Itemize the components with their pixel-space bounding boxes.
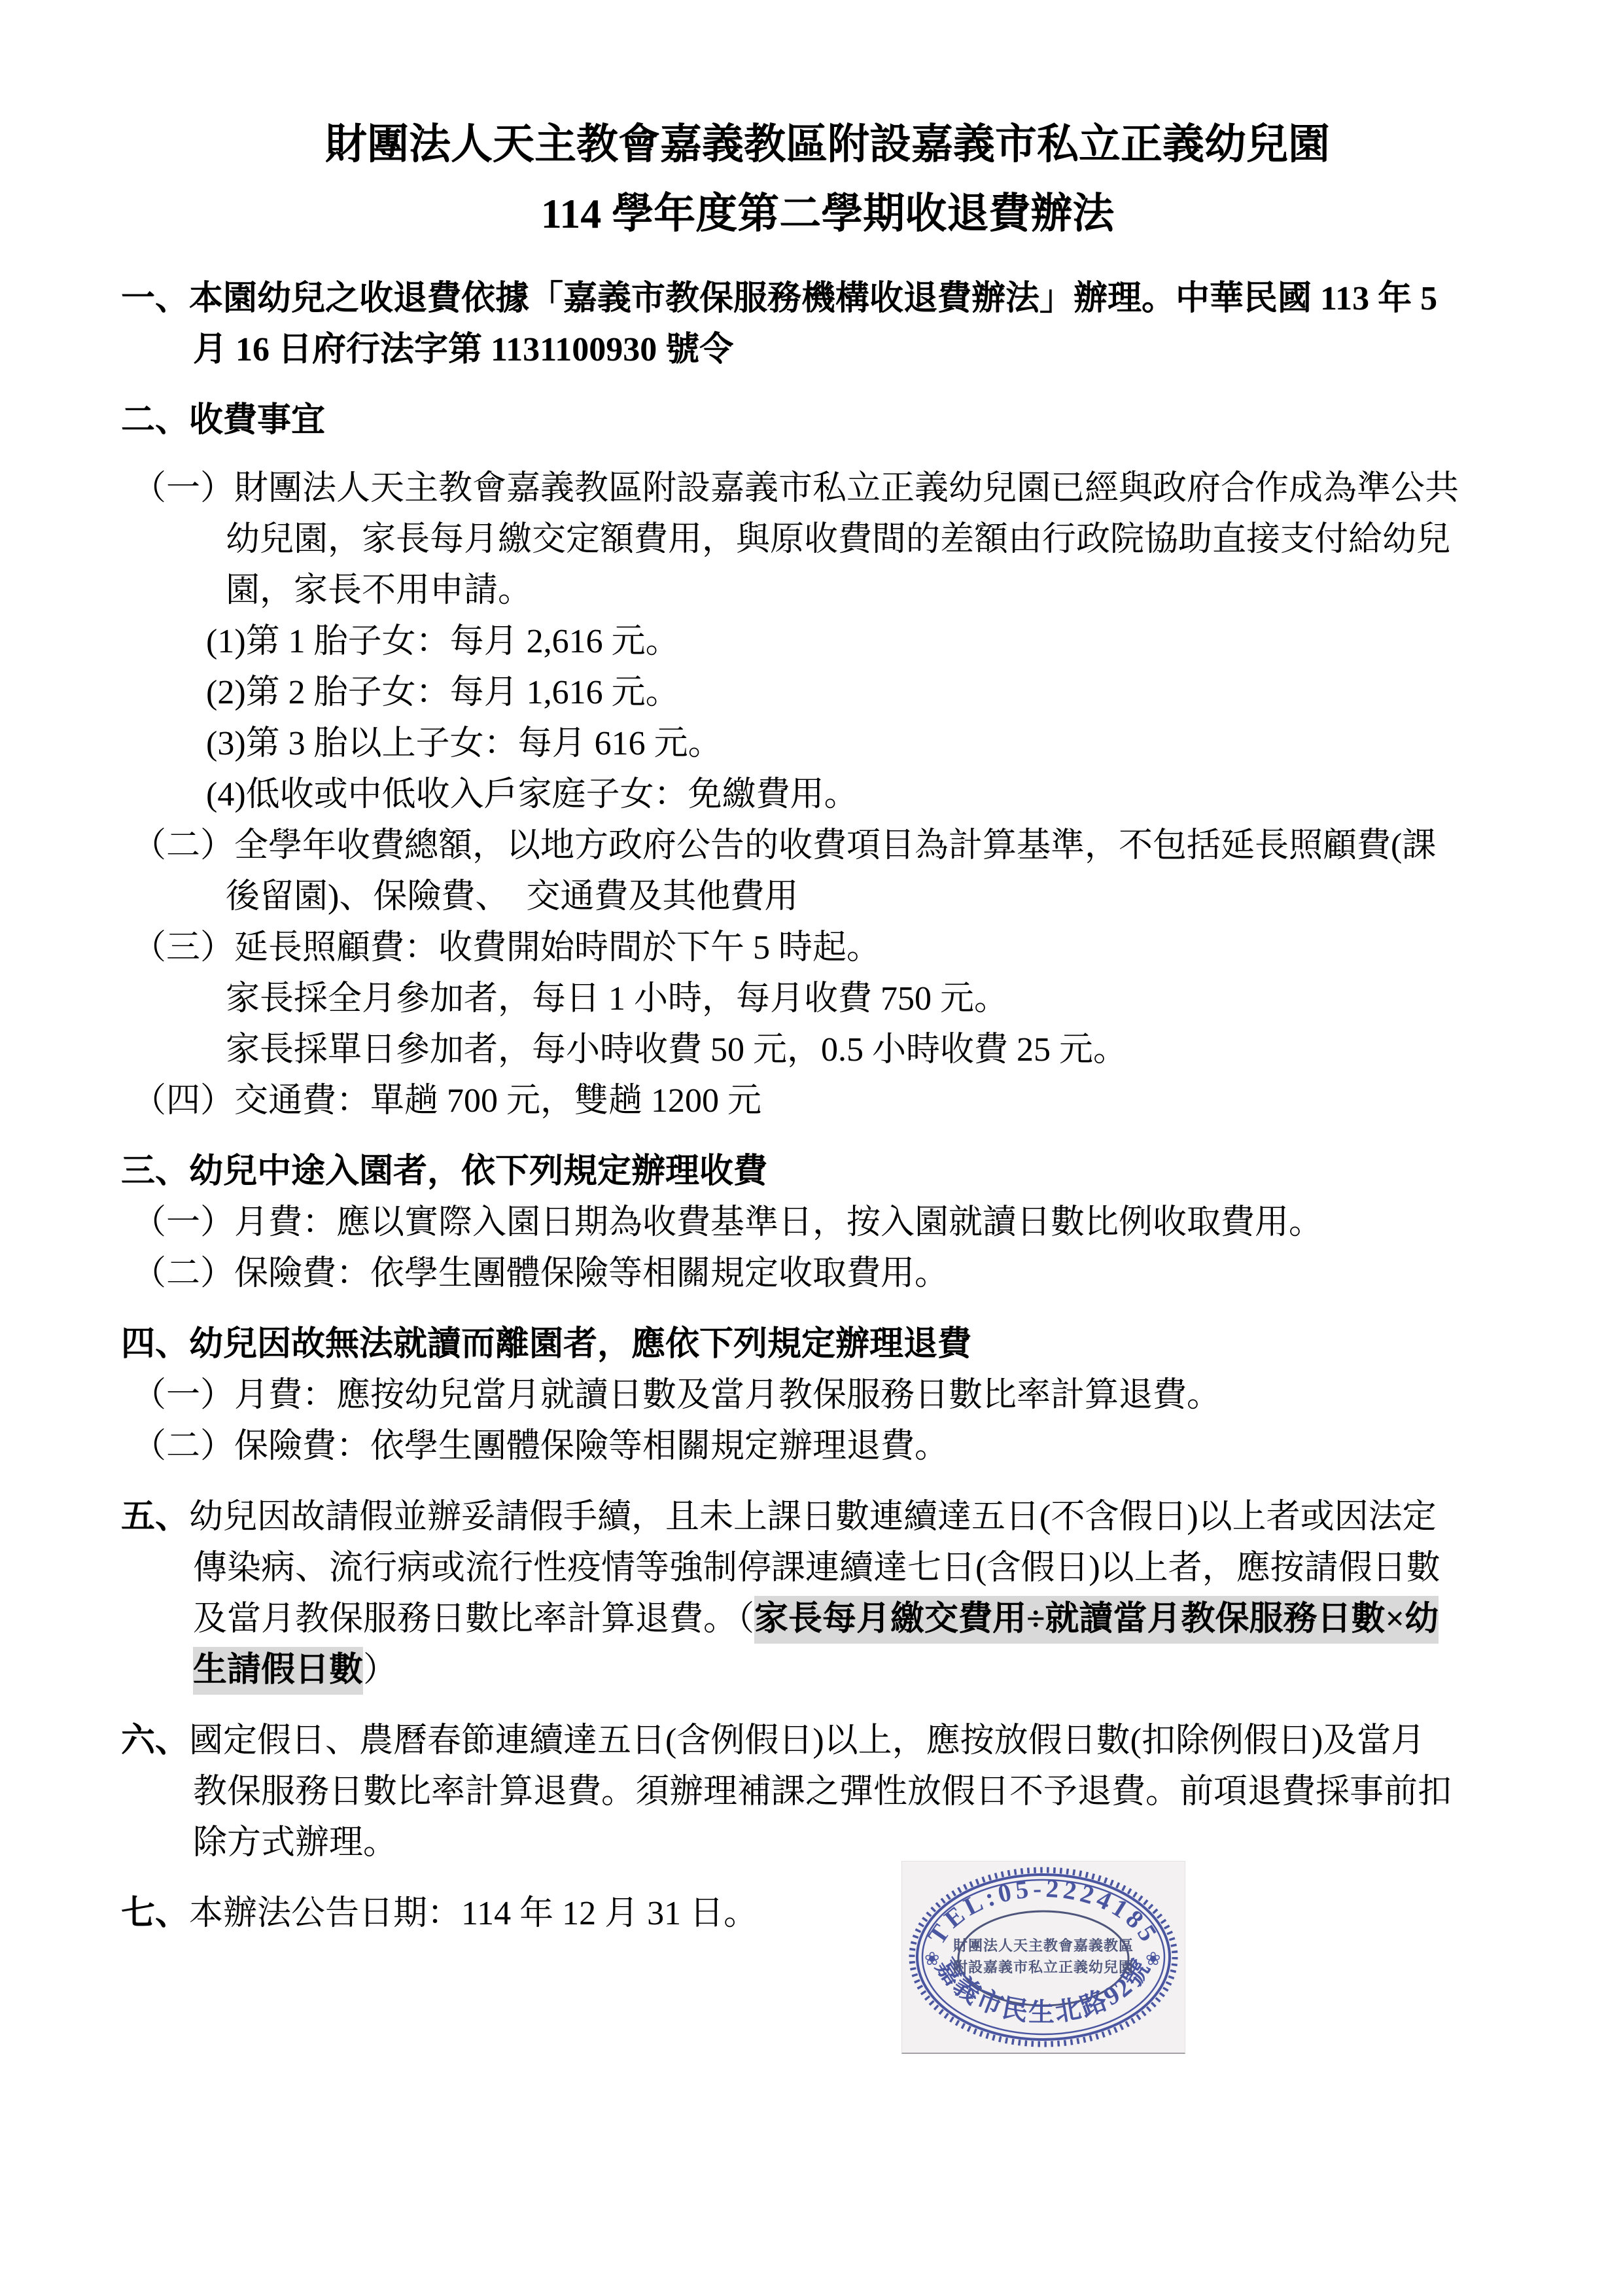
section-4-item-2-marker: （二） — [132, 1428, 234, 1465]
section-6-marker: 六、 — [121, 1722, 189, 1759]
section-2-marker: 二、 — [121, 402, 189, 439]
section-1: 一、本園幼兒之收退費依據「嘉義市教保服務機構收退費辦法」辦理。中華民國 113 … — [121, 274, 1534, 376]
section-2-item-4: （四）交通費：單趟 700 元，雙趟 1200 元 — [121, 1076, 1534, 1127]
title-line-1: 財團法人天主教會嘉義教區附設嘉義市私立正義幼兒園 — [121, 110, 1534, 179]
section-7: 七、本辦法公告日期：114 年 12 月 31 日。 TEL:05-222418… — [121, 1888, 1534, 1939]
stamp-org-name-line-1: 財團法人天主教會嘉義教區 — [953, 1937, 1134, 1954]
section-5-text-4: ） — [363, 1651, 397, 1689]
section-3-marker: 三、 — [121, 1153, 189, 1190]
section-1-text-1: 本園幼兒之收退費依據「嘉義市教保服務機構收退費辦法」辦理。中華民國 113 年 … — [189, 280, 1437, 317]
section-7-marker: 七、 — [121, 1895, 189, 1932]
section-2-item-3-line-1: （三）延長照顧費：收費開始時間於下午 5 時起。 — [121, 923, 1534, 974]
section-2-item-2-text-1: 全學年收費總額，以地方政府公告的收費項目為計算基準，不包括延長照顧費(課 — [234, 827, 1436, 864]
section-2-item-1: （一）財團法人天主教會嘉義教區附設嘉義市私立正義幼兒園已經與政府合作成為準公共 … — [121, 463, 1534, 821]
section-2-item-1-line-3: 園，家長不用申請。 — [121, 565, 1534, 616]
stamp-org-name-line-2: 附設嘉義市私立正義幼兒園 — [953, 1959, 1134, 1975]
section-3-item-2-text: 保險費：依學生團體保險等相關規定收取費用。 — [234, 1255, 949, 1292]
section-4-item-1-text: 月費：應按幼兒當月就讀日數及當月教保服務日數比率計算退費。 — [234, 1377, 1221, 1414]
section-3-heading-text: 幼兒中途入園者，依下列規定辦理收費 — [189, 1153, 767, 1190]
section-3-item-1-marker: （一） — [132, 1204, 234, 1241]
title-line-2: 114 學年度第二學期收退費辦法 — [121, 179, 1534, 249]
section-5-line-4: 生請假日數） — [121, 1645, 1534, 1696]
section-7-line-1: 七、本辦法公告日期：114 年 12 月 31 日。 — [121, 1888, 1534, 1939]
section-5-line-1: 五、幼兒因故請假並辦妥請假手續，且未上課日數連續達五日(不含假日)以上者或因法定 — [121, 1492, 1534, 1543]
section-3-item-1: （一）月費：應以實際入園日期為收費基準日，按入園就讀日數比例收取費用。 — [121, 1197, 1534, 1248]
section-5-text-1: 幼兒因故請假並辦妥請假手續，且未上課日數連續達五日(不含假日)以上者或因法定 — [189, 1498, 1437, 1536]
section-2-item-1-text-1: 財團法人天主教會嘉義教區附設嘉義市私立正義幼兒園已經與政府合作成為準公共 — [234, 470, 1459, 507]
section-2-item-1-sub-1: (1)第 1 胎子女：每月 2,616 元。 — [121, 616, 1534, 667]
section-2-item-1-sub-3: (3)第 3 胎以上子女：每月 616 元。 — [121, 718, 1534, 769]
section-6-line-1: 六、國定假日、農曆春節連續達五日(含例假日)以上，應按放假日數(扣除例假日)及當… — [121, 1716, 1534, 1767]
section-5-text-3: 及當月教保服務日數比率計算退費。（ — [193, 1600, 754, 1638]
section-1-line-1: 一、本園幼兒之收退費依據「嘉義市教保服務機構收退費辦法」辦理。中華民國 113 … — [121, 274, 1534, 325]
section-6-line-3: 除方式辦理。 — [121, 1818, 1534, 1869]
section-4: 四、幼兒因故無法就讀而離園者，應依下列規定辦理退費 （一）月費：應按幼兒當月就讀… — [121, 1319, 1534, 1472]
section-2-heading: 二、收費事宜 — [121, 395, 1534, 446]
section-4-heading: 四、幼兒因故無法就讀而離園者，應依下列規定辦理退費 — [121, 1319, 1534, 1370]
flower-rosette-icon: ❀ — [1145, 1949, 1161, 1969]
section-7-text-1: 本辦法公告日期：114 年 12 月 31 日。 — [189, 1895, 758, 1932]
section-2-item-2-marker: （二） — [132, 827, 234, 864]
section-5-line-2: 傳染病、流行病或流行性疫情等強制停課連續達七日(含假日)以上者，應按請假日數 — [121, 1543, 1534, 1594]
section-6-line-2: 教保服務日數比率計算退費。須辦理補課之彈性放假日不予退費。前項退費採事前扣 — [121, 1767, 1534, 1818]
section-2-item-1-sub-4: (4)低收或中低收入戶家庭子女：免繳費用。 — [121, 769, 1534, 821]
section-3-heading: 三、幼兒中途入園者，依下列規定辦理收費 — [121, 1146, 1534, 1197]
section-2-item-1-sub-2: (2)第 2 胎子女：每月 1,616 元。 — [121, 667, 1534, 718]
section-2-item-4-marker: （四） — [132, 1082, 234, 1120]
section-5-marker: 五、 — [121, 1498, 189, 1536]
refund-formula-highlight-2: 生請假日數 — [193, 1647, 363, 1695]
section-6: 六、國定假日、農曆春節連續達五日(含例假日)以上，應按放假日數(扣除例假日)及當… — [121, 1716, 1534, 1869]
organization-seal-stamp: TEL:05-2224185 嘉義市民生北路92號 財團法人天主教會嘉義教區 附… — [901, 1861, 1185, 2054]
section-4-item-2: （二）保險費：依學生團體保險等相關規定辦理退費。 — [121, 1421, 1534, 1472]
section-2-item-4-line-1: （四）交通費：單趟 700 元，雙趟 1200 元 — [121, 1076, 1534, 1127]
section-4-item-1-marker: （一） — [132, 1377, 234, 1414]
section-2-item-3-marker: （三） — [132, 929, 234, 966]
section-2-item-1-line-1: （一）財團法人天主教會嘉義教區附設嘉義市私立正義幼兒園已經與政府合作成為準公共 — [121, 463, 1534, 514]
section-2: 二、收費事宜 （一）財團法人天主教會嘉義教區附設嘉義市私立正義幼兒園已經與政府合… — [121, 395, 1534, 1127]
section-2-item-2-line-1: （二）全學年收費總額，以地方政府公告的收費項目為計算基準，不包括延長照顧費(課 — [121, 821, 1534, 872]
section-2-heading-text: 收費事宜 — [189, 402, 325, 439]
section-3-item-2: （二）保險費：依學生團體保險等相關規定收取費用。 — [121, 1248, 1534, 1299]
section-2-item-2: （二）全學年收費總額，以地方政府公告的收費項目為計算基準，不包括延長照顧費(課 … — [121, 821, 1534, 923]
section-4-item-2-text: 保險費：依學生團體保險等相關規定辦理退費。 — [234, 1428, 949, 1465]
section-3: 三、幼兒中途入園者，依下列規定辦理收費 （一）月費：應以實際入園日期為收費基準日… — [121, 1146, 1534, 1299]
section-1-line-2: 月 16 日府行法字第 1131100930 號令 — [121, 325, 1534, 376]
document-page: 財團法人天主教會嘉義教區附設嘉義市私立正義幼兒園 114 學年度第二學期收退費辦… — [0, 0, 1623, 2296]
section-4-heading-text: 幼兒因故無法就讀而離園者，應依下列規定辦理退費 — [189, 1326, 971, 1363]
document-content: 財團法人天主教會嘉義教區附設嘉義市私立正義幼兒園 114 學年度第二學期收退費辦… — [121, 110, 1534, 1939]
section-2-item-3: （三）延長照顧費：收費開始時間於下午 5 時起。 家長採全月參加者，每日 1 小… — [121, 923, 1534, 1076]
section-3-item-2-marker: （二） — [132, 1255, 234, 1292]
section-2-item-3-text-1: 延長照顧費：收費開始時間於下午 5 時起。 — [234, 929, 881, 966]
section-5-line-3: 及當月教保服務日數比率計算退費。（家長每月繳交費用÷就讀當月教保服務日數×幼 — [121, 1594, 1534, 1645]
section-4-item-1: （一）月費：應按幼兒當月就讀日數及當月教保服務日數比率計算退費。 — [121, 1370, 1534, 1421]
section-2-item-4-text-1: 交通費：單趟 700 元，雙趟 1200 元 — [234, 1082, 761, 1120]
flower-rosette-icon: ❀ — [924, 1949, 939, 1969]
refund-formula-highlight-1: 家長每月繳交費用÷就讀當月教保服務日數×幼 — [754, 1596, 1439, 1644]
section-2-item-3-line-3: 家長採單日參加者，每小時收費 50 元，0.5 小時收費 25 元。 — [121, 1025, 1534, 1076]
stamp-seal-image: TEL:05-2224185 嘉義市民生北路92號 財團法人天主教會嘉義教區 附… — [902, 1862, 1185, 2053]
section-3-item-1-text: 月費：應以實際入園日期為收費基準日，按入園就讀日數比例收取費用。 — [234, 1204, 1323, 1241]
section-2-item-1-line-2: 幼兒園，家長每月繳交定額費用，與原收費間的差額由行政院協助直接支付給幼兒 — [121, 514, 1534, 565]
section-2-item-3-line-2: 家長採全月參加者，每日 1 小時，每月收費 750 元。 — [121, 974, 1534, 1025]
document-title: 財團法人天主教會嘉義教區附設嘉義市私立正義幼兒園 114 學年度第二學期收退費辦… — [121, 110, 1534, 249]
section-6-text-1: 國定假日、農曆春節連續達五日(含例假日)以上，應按放假日數(扣除例假日)及當月 — [189, 1722, 1425, 1759]
section-2-item-1-marker: （一） — [132, 470, 234, 507]
section-1-marker: 一、 — [121, 280, 189, 317]
section-4-marker: 四、 — [121, 1326, 189, 1363]
section-5: 五、幼兒因故請假並辦妥請假手續，且未上課日數連續達五日(不含假日)以上者或因法定… — [121, 1492, 1534, 1696]
section-2-item-2-line-2: 後留園)、保險費、 交通費及其他費用 — [121, 872, 1534, 923]
